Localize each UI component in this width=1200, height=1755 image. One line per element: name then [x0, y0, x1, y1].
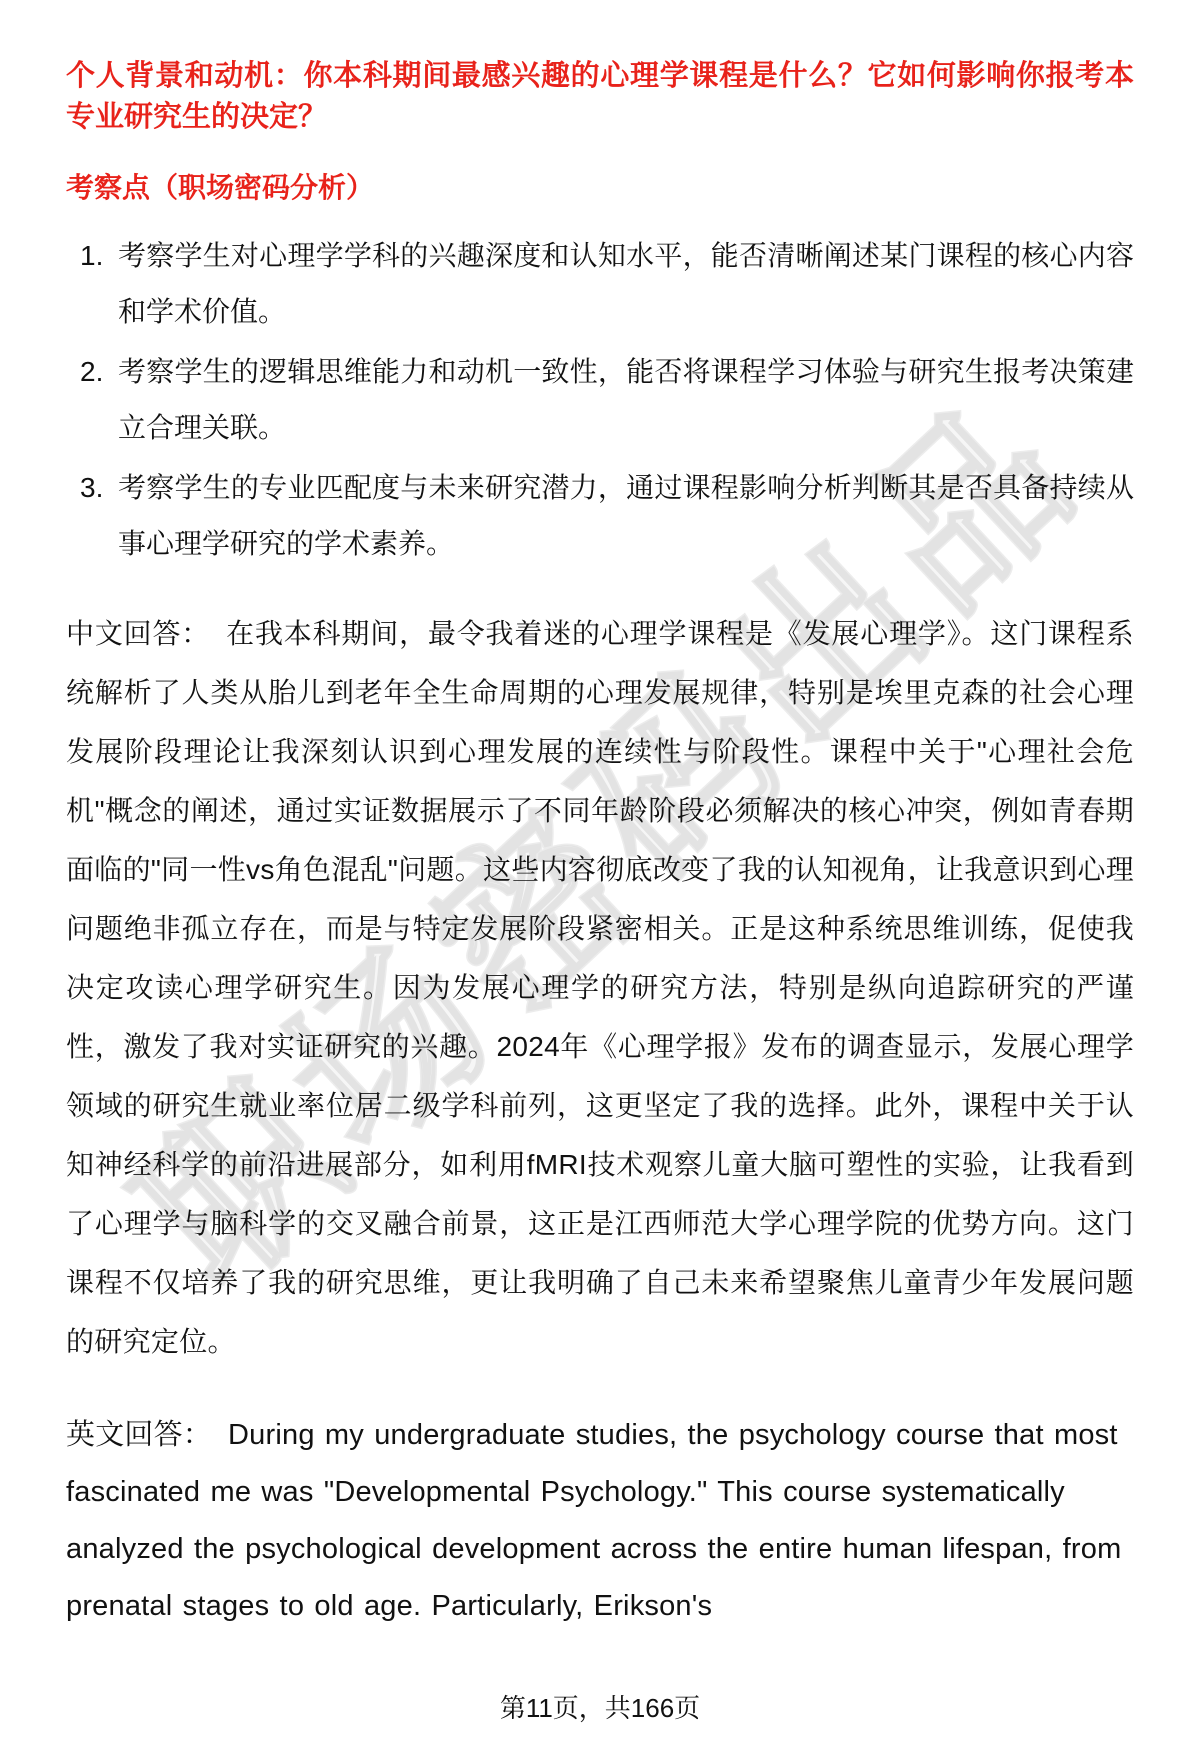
- list-item-text: 考察学生的逻辑思维能力和动机一致性，能否将课程学习体验与研究生报考决策建立合理关…: [118, 344, 1134, 456]
- chinese-answer-paragraph: 中文回答：在我本科期间，最令我着迷的心理学课程是《发展心理学》。这门课程系统解析…: [66, 604, 1134, 1371]
- list-item: 2. 考察学生的逻辑思维能力和动机一致性，能否将课程学习体验与研究生报考决策建立…: [66, 344, 1134, 456]
- list-item-text: 考察学生的专业匹配度与未来研究潜力，通过课程影响分析判断其是否具备持续从事心理学…: [118, 460, 1134, 572]
- english-answer-label: 英文回答：: [66, 1419, 212, 1451]
- chinese-answer-label: 中文回答：: [66, 618, 210, 649]
- english-answer-paragraph: 英文回答：During my undergraduate studies, th…: [66, 1407, 1134, 1635]
- list-item: 3. 考察学生的专业匹配度与未来研究潜力，通过课程影响分析判断其是否具备持续从事…: [66, 460, 1134, 572]
- page-content: 个人背景和动机：你本科期间最感兴趣的心理学课程是什么？它如何影响你报考本专业研究…: [66, 56, 1134, 1635]
- section-heading: 考察点（职场密码分析）: [66, 168, 1134, 207]
- list-item-number: 3.: [80, 460, 118, 572]
- document-page: 职场密码出品 个人背景和动机：你本科期间最感兴趣的心理学课程是什么？它如何影响你…: [0, 0, 1200, 1755]
- page-number-footer: 第11页，共166页: [0, 1682, 1200, 1725]
- question-title: 个人背景和动机：你本科期间最感兴趣的心理学课程是什么？它如何影响你报考本专业研究…: [66, 56, 1134, 138]
- assessment-points-list: 1. 考察学生对心理学学科的兴趣深度和认知水平，能否清晰阐述某门课程的核心内容和…: [66, 228, 1134, 572]
- chinese-answer-text: 在我本科期间，最令我着迷的心理学课程是《发展心理学》。这门课程系统解析了人类从胎…: [66, 618, 1134, 1357]
- list-item-number: 1.: [80, 228, 118, 340]
- english-answer-text: During my undergraduate studies, the psy…: [66, 1419, 1121, 1622]
- list-item-number: 2.: [80, 344, 118, 456]
- list-item-text: 考察学生对心理学学科的兴趣深度和认知水平，能否清晰阐述某门课程的核心内容和学术价…: [118, 228, 1134, 340]
- list-item: 1. 考察学生对心理学学科的兴趣深度和认知水平，能否清晰阐述某门课程的核心内容和…: [66, 228, 1134, 340]
